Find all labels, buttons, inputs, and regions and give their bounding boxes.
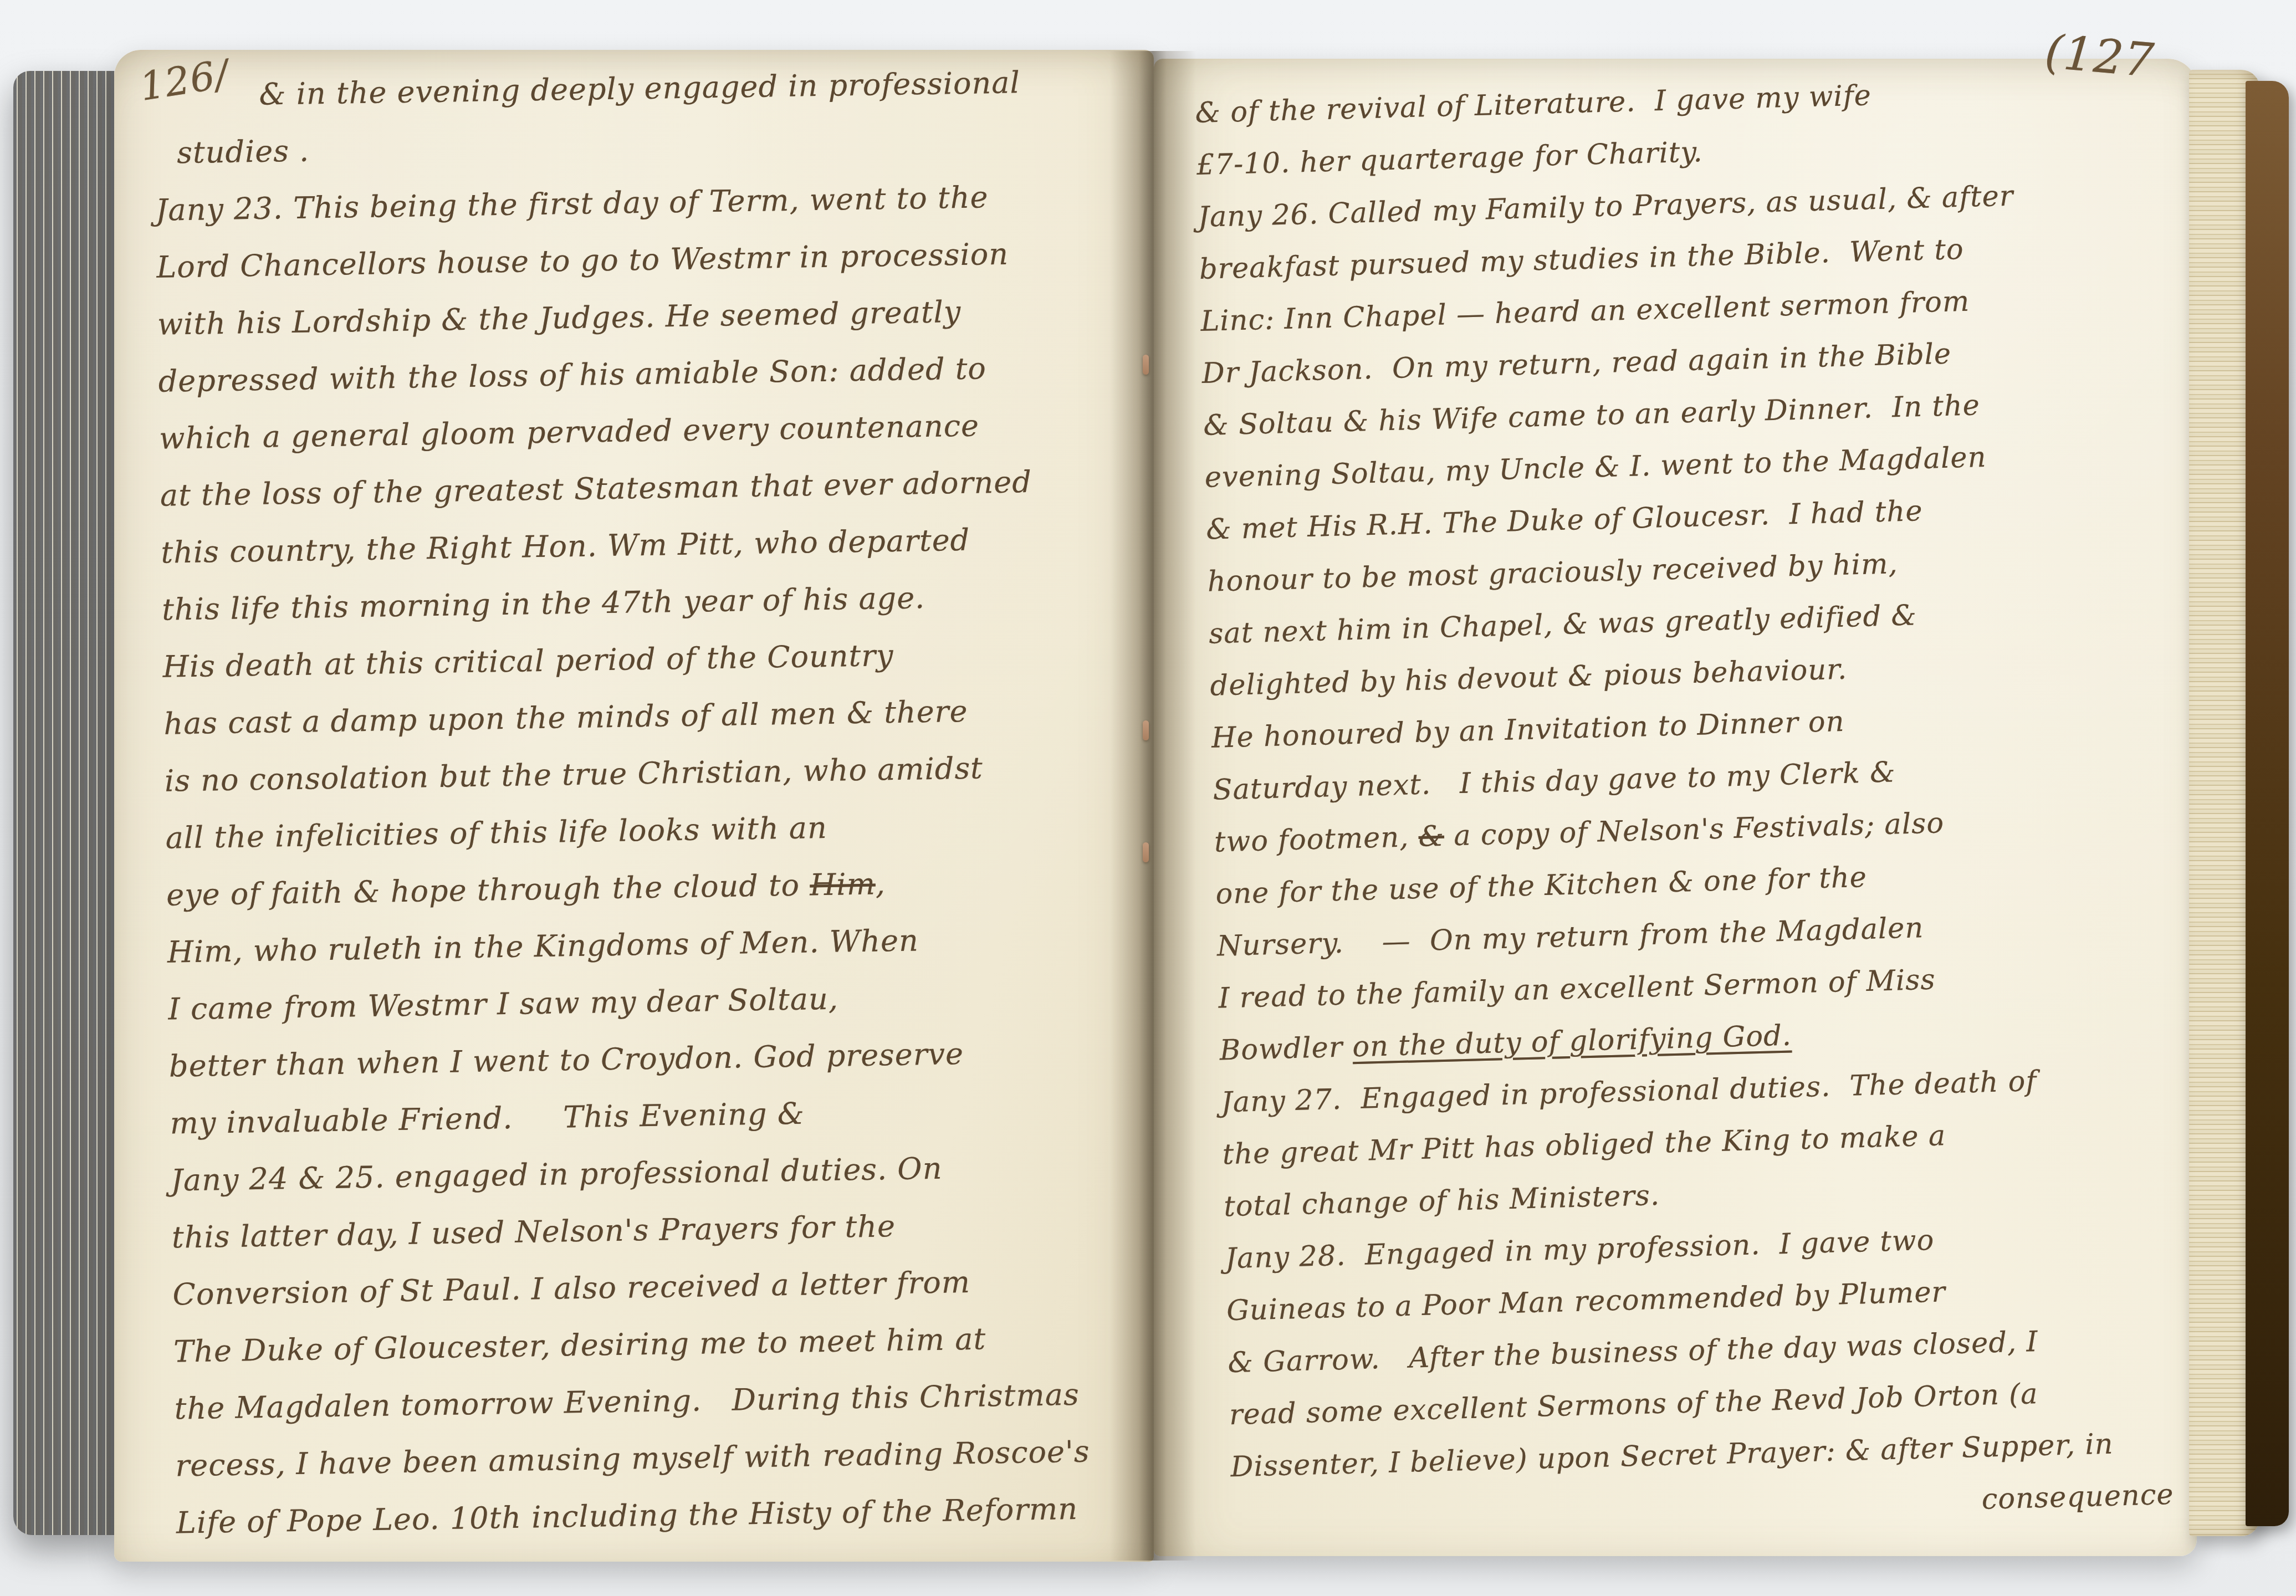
binding-stitch <box>1143 842 1149 862</box>
diary-photo-scene: 126/ (127 & in the evening deeply engage… <box>0 0 2296 1596</box>
handwriting-text: consequence <box>1981 1479 2174 1516</box>
handwriting-text: two footmen, <box>1214 821 1419 859</box>
handwriting-text: , <box>875 866 886 901</box>
handwriting-text: studies . <box>177 133 310 170</box>
binding-stitch <box>1143 720 1149 740</box>
handwriting-strike-segment: & <box>1418 820 1445 853</box>
binding-stitch <box>1143 355 1149 375</box>
handwriting-right-page: & of the revival of Literature. I gave m… <box>1195 72 2191 1555</box>
handwriting-strike-segment: Him <box>810 867 876 903</box>
book-cover-right <box>2246 81 2289 1526</box>
handwriting-left-page: & in the evening deeply engaged in profe… <box>154 63 1141 1562</box>
book-spine-page-edges-left <box>13 71 122 1535</box>
handwriting-text: Bowdler <box>1219 1031 1353 1067</box>
